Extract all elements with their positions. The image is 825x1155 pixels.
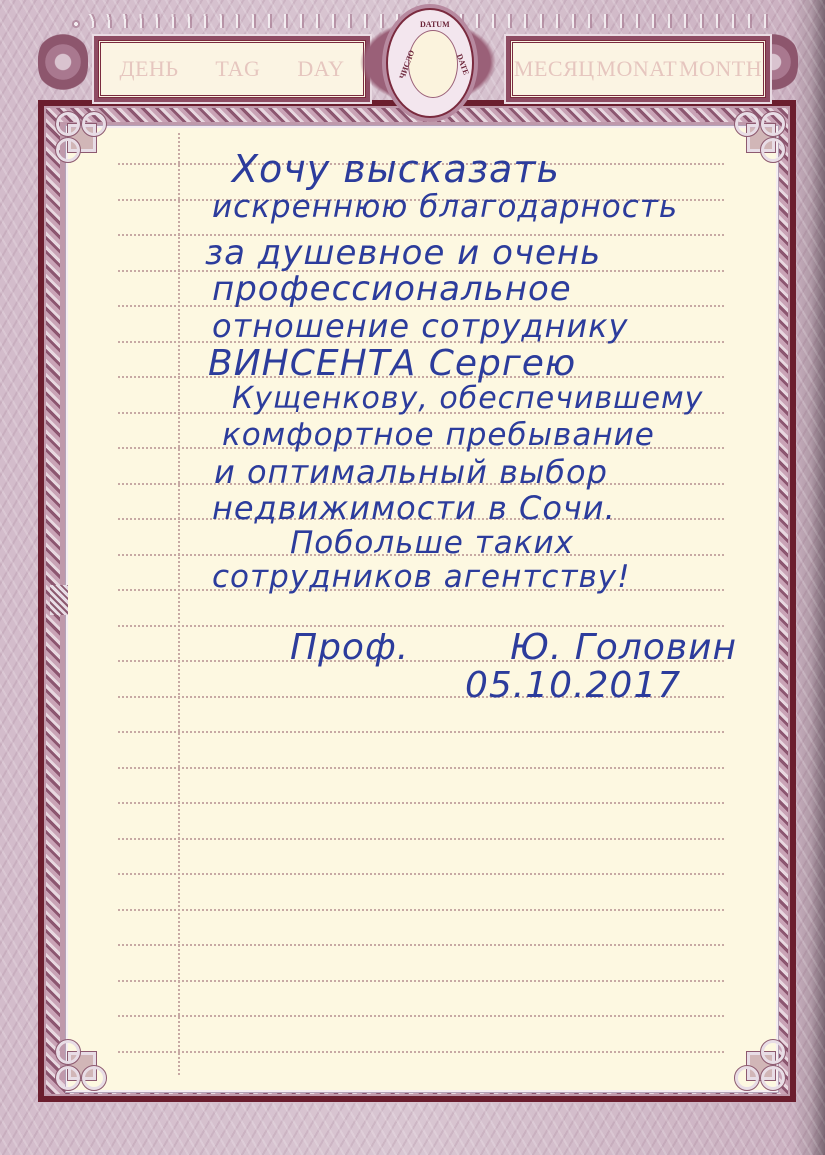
month-label-ru: МЕСЯЦ [514, 56, 595, 82]
signature-title: Проф. [290, 630, 409, 666]
signature-name: Ю. Головин [510, 630, 737, 666]
date-oval-field [408, 30, 458, 98]
note-line: ВИНСЕНТА Сергею [208, 346, 576, 382]
side-knot-ornament [50, 585, 68, 615]
date-oval: DATUM ЧИСЛО DATE [378, 2, 478, 127]
ruled-line [118, 731, 724, 733]
ruled-line [118, 1051, 724, 1053]
day-label-ru: ДЕНЬ [119, 56, 178, 82]
note-line: сотрудников агентству! [212, 562, 631, 593]
oval-label-top: DATUM [420, 20, 450, 29]
ruled-line [118, 1015, 724, 1017]
month-label-en: MONTH [679, 56, 762, 82]
celtic-knot-icon [735, 112, 785, 162]
month-label-de: MONAT [596, 56, 677, 82]
note-line: отношение сотруднику [212, 310, 628, 342]
date-oval-ring: DATUM ЧИСЛО DATE [386, 8, 474, 118]
ruled-line [118, 802, 724, 804]
oval-label-right: DATE [455, 53, 471, 76]
celtic-knot-icon [56, 112, 106, 162]
note-line: за душевное и очень [205, 236, 601, 270]
ruled-line [118, 944, 724, 946]
margin-line [178, 133, 180, 1075]
ruled-line [118, 767, 724, 769]
ruled-line [118, 838, 724, 840]
note-line: искреннюю благодарность [212, 192, 678, 223]
month-field: МЕСЯЦ MONAT MONTH [510, 40, 766, 98]
rosette-left-ornament [38, 32, 88, 92]
ruled-line [118, 873, 724, 875]
note-line: профессиональное [212, 272, 572, 306]
note-line: недвижимости в Сочи. [212, 492, 616, 524]
note-line: Кущенкову, обеспечившему [232, 384, 703, 414]
celtic-knot-icon [56, 1040, 106, 1090]
signature-date: 05.10.2017 [465, 668, 681, 704]
note-line: Побольше таких [290, 528, 574, 559]
page-edge-shadow [811, 0, 825, 1155]
ruled-line [118, 909, 724, 911]
ruled-line [118, 980, 724, 982]
day-label-en: DAY [297, 56, 344, 82]
celtic-knot-icon [735, 1040, 785, 1090]
date-header: ДЕНЬ TAG DAY МЕСЯЦ MONAT MONTH DATUM ЧИС… [38, 14, 798, 114]
note-line: Хочу высказать [232, 150, 560, 188]
day-field: ДЕНЬ TAG DAY [98, 40, 366, 98]
note-line: комфортное пребывание [222, 420, 655, 451]
day-label-de: TAG [215, 56, 260, 82]
note-line: и оптимальный выбор [214, 456, 608, 488]
